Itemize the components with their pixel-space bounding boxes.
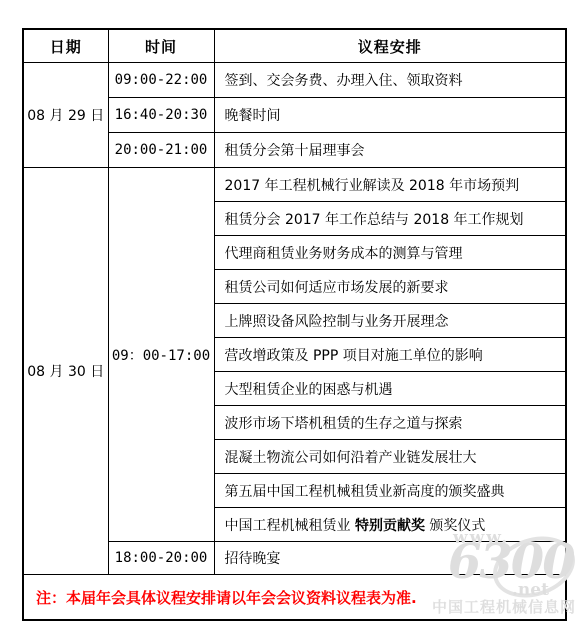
award-suffix: 颁奖仪式 [425,518,485,534]
note-row: 注：本届年会具体议程安排请以年会会议资料议程表为准. [23,575,566,621]
time-cell: 16:40-20:30 [108,98,214,133]
date-cell-aug29: 08 月 29 日 [23,63,108,168]
table-header-row: 日期 时间 议程安排 [23,29,566,63]
header-time: 时间 [108,29,214,63]
note-text: 注：本届年会具体议程安排请以年会会议资料议程表为准. [23,575,566,621]
agenda-cell: 晚餐时间 [214,98,566,133]
page: 日期 时间 议程安排 08 月 29 日 09:00-22:00 签到、交会务费… [0,0,580,629]
agenda-cell: 上牌照设备风险控制与业务开展理念 [214,304,566,338]
agenda-cell-award: 中国工程机械租赁业 特别贡献奖 颁奖仪式 [214,508,566,542]
time-cell: 09:00-22:00 [108,63,214,98]
award-prefix: 中国工程机械租赁业 [225,518,355,534]
award-bold-label: 特别贡献奖 [355,518,425,534]
agenda-cell: 代理商租赁业务财务成本的测算与管理 [214,236,566,270]
time-cell: 20:00-21:00 [108,133,214,168]
header-date: 日期 [23,29,108,63]
agenda-cell: 波形市场下塔机租赁的生存之道与探索 [214,406,566,440]
agenda-cell: 租赁公司如何适应市场发展的新要求 [214,270,566,304]
agenda-cell: 第五届中国工程机械租赁业新高度的颁奖盛典 [214,474,566,508]
time-cell-daytime: 09：00-17:00 [108,168,214,542]
agenda-cell: 租赁分会 2017 年工作总结与 2018 年工作规划 [214,202,566,236]
table-row: 08 月 30 日 09：00-17:00 2017 年工程机械行业解读及 20… [23,168,566,202]
agenda-cell: 租赁分会第十届理事会 [214,133,566,168]
agenda-cell: 混凝土物流公司如何沿着产业链发展壮大 [214,440,566,474]
agenda-cell: 招待晚宴 [214,542,566,575]
agenda-cell: 2017 年工程机械行业解读及 2018 年市场预判 [214,168,566,202]
date-cell-aug30: 08 月 30 日 [23,168,108,575]
agenda-table: 日期 时间 议程安排 08 月 29 日 09:00-22:00 签到、交会务费… [22,28,567,621]
agenda-cell: 大型租赁企业的困惑与机遇 [214,372,566,406]
table-row: 08 月 29 日 09:00-22:00 签到、交会务费、办理入住、领取资料 [23,63,566,98]
agenda-cell: 签到、交会务费、办理入住、领取资料 [214,63,566,98]
agenda-cell: 营改增政策及 PPP 项目对施工单位的影响 [214,338,566,372]
header-agenda: 议程安排 [214,29,566,63]
time-cell: 18:00-20:00 [108,542,214,575]
